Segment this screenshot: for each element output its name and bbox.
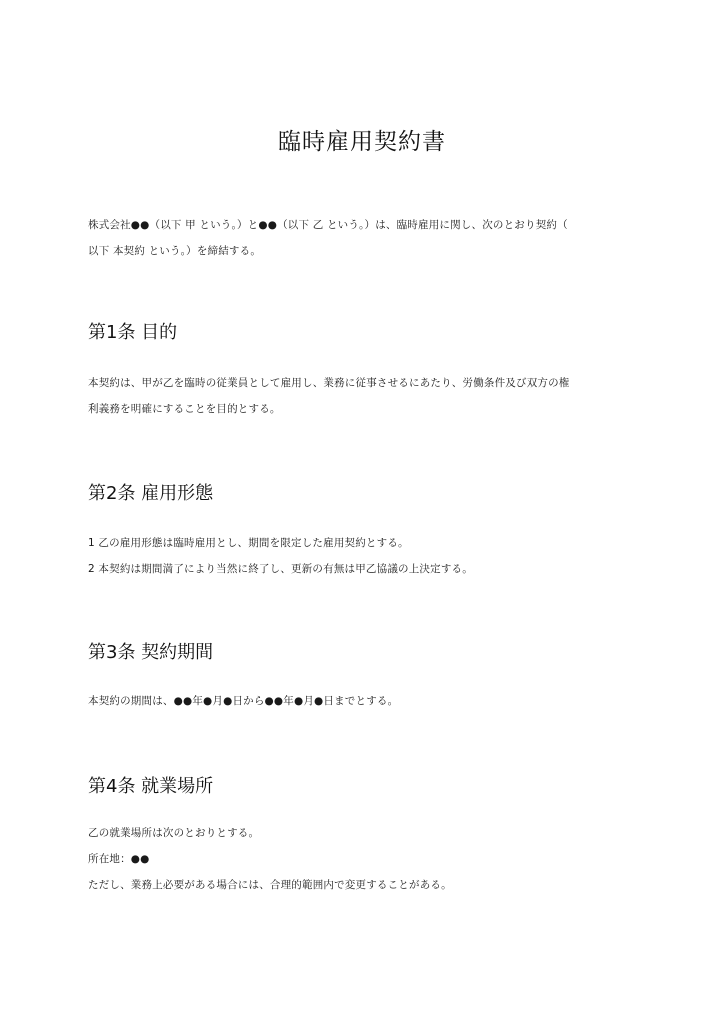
- article-1-body: 本契約は、甲が乙を臨時の従業員として雇用し、業務に従事させるにあたり、労働条件及…: [88, 370, 648, 422]
- article-2-line: 1 乙の雇用形態は臨時雇用とし、期間を限定した雇用契約とする。: [88, 530, 648, 556]
- article-4-line: 所在地：●●: [88, 846, 648, 872]
- article-3-line: 本契約の期間は、●●年●月●日から●●年●月●日までとする。: [88, 688, 648, 714]
- article-2-heading: 第2条 雇用形態: [88, 480, 213, 508]
- article-3-heading: 第3条 契約期間: [88, 639, 213, 667]
- article-1-line: 利義務を明確にすることを目的とする。: [88, 396, 648, 422]
- article-4-heading: 第4条 就業場所: [88, 773, 213, 801]
- preamble-line: 以下 本契約 という。）を締結する。: [88, 238, 648, 264]
- article-1-heading: 第1条 目的: [88, 319, 177, 347]
- document-title: 臨時雇用契約書: [0, 126, 724, 158]
- article-4-line: ただし、業務上必要がある場合には、合理的範囲内で変更することがある。: [88, 872, 648, 898]
- article-2-body: 1 乙の雇用形態は臨時雇用とし、期間を限定した雇用契約とする。 2 本契約は期間…: [88, 530, 648, 582]
- article-3-body: 本契約の期間は、●●年●月●日から●●年●月●日までとする。: [88, 688, 648, 714]
- document-page: 臨時雇用契約書 株式会社●●（以下 甲 という。）と●●（以下 乙 という。）は…: [0, 0, 724, 1024]
- preamble-line: 株式会社●●（以下 甲 という。）と●●（以下 乙 という。）は、臨時雇用に関し…: [88, 212, 648, 238]
- article-2-line: 2 本契約は期間満了により当然に終了し、更新の有無は甲乙協議の上決定する。: [88, 556, 648, 582]
- preamble-paragraph: 株式会社●●（以下 甲 という。）と●●（以下 乙 という。）は、臨時雇用に関し…: [88, 212, 648, 264]
- article-4-line: 乙の就業場所は次のとおりとする。: [88, 820, 648, 846]
- article-4-body: 乙の就業場所は次のとおりとする。 所在地：●● ただし、業務上必要がある場合には…: [88, 820, 648, 898]
- article-1-line: 本契約は、甲が乙を臨時の従業員として雇用し、業務に従事させるにあたり、労働条件及…: [88, 370, 648, 396]
